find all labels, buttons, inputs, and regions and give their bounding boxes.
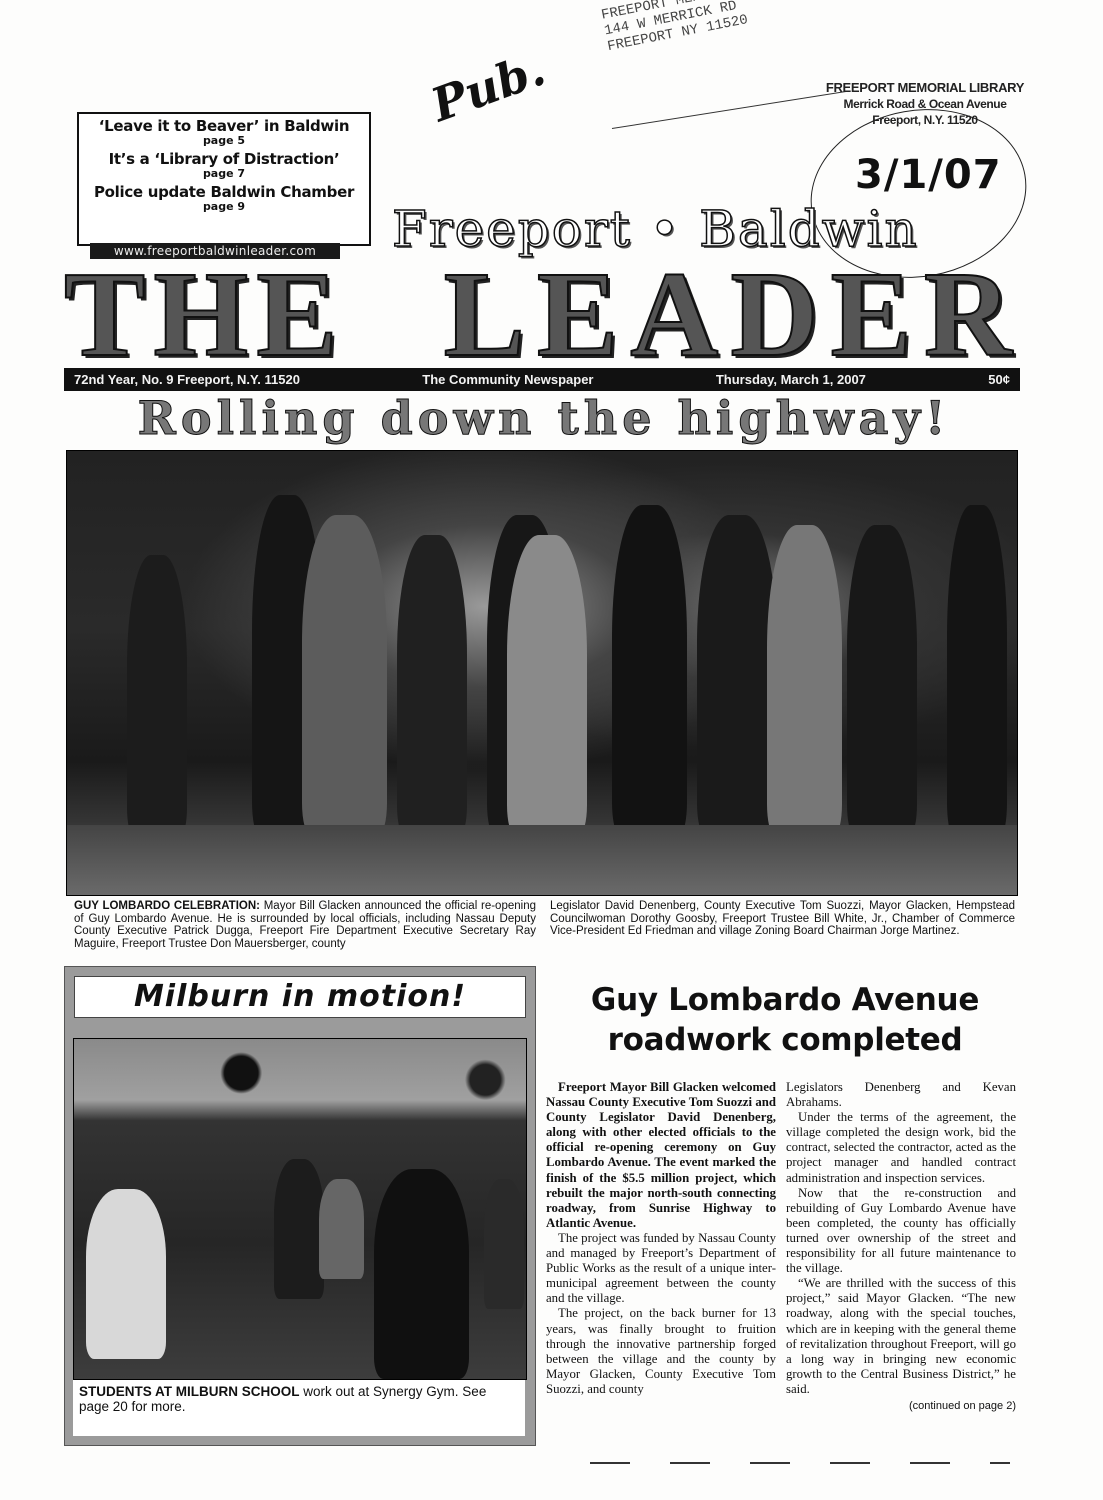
paragraph: The project, on the back burner for 13 y… <box>546 1306 776 1397</box>
article-headline: Guy Lombardo Avenue roadwork completed <box>540 980 1030 1060</box>
tagline: The Community Newspaper <box>422 368 593 391</box>
article-headline-line-2: roadwork completed <box>540 1020 1030 1060</box>
ribbon-cutting-photo <box>66 450 1018 896</box>
caption-label: STUDENTS AT MILBURN SCHOOL <box>79 1384 300 1399</box>
article-headline-line-1: Guy Lombardo Avenue <box>540 980 1030 1020</box>
paragraph: Now that the re-construction and rebuild… <box>786 1186 1016 1277</box>
teaser-page: page 9 <box>79 201 369 213</box>
price: 50¢ <box>988 368 1010 391</box>
lead-photo-caption-left: GUY LOMBARDO CELEBRATION: Mayor Bill Gla… <box>74 900 536 950</box>
milburn-headline: Milburn in motion! <box>74 976 526 1018</box>
paragraph: The project was funded by Nassau County … <box>546 1231 776 1306</box>
teaser-item[interactable]: ‘Leave it to Beaver’ in Baldwin page 5 <box>79 118 369 147</box>
stamp-underline <box>612 90 849 129</box>
library-name: FREEPORT MEMORIAL LIBRARY <box>820 80 1030 96</box>
article-column-1: Freeport Mayor Bill Glacken welcomed Nas… <box>546 1080 776 1397</box>
caption-label: GUY LOMBARDO CELEBRATION: <box>74 900 260 912</box>
teaser-page: page 5 <box>79 135 369 147</box>
page-edge-marks <box>590 1462 1010 1464</box>
issue-info-bar: 72nd Year, No. 9 Freeport, N.Y. 11520 Th… <box>64 368 1020 391</box>
teaser-headline: It’s a ‘Library of Distraction’ <box>79 151 369 168</box>
handwritten-note: Pub. <box>424 42 552 132</box>
gym-photo <box>73 1038 527 1380</box>
teaser-headline: Police update Baldwin Chamber <box>79 184 369 201</box>
continued-link[interactable]: (continued on page 2) <box>786 1399 1016 1414</box>
mailing-stamp: FREEPORT MEMORIAL LIBRARY 144 W MERRICK … <box>600 0 815 55</box>
lead-photo-caption-right: Legislator David Denenberg, County Execu… <box>550 900 1015 938</box>
masthead-title-leader: LEADER <box>444 262 1024 367</box>
masthead-title-the: THE <box>64 262 346 367</box>
teaser-box: ‘Leave it to Beaver’ in Baldwin page 5 I… <box>77 112 371 246</box>
paragraph: “We are thrilled with the success of thi… <box>786 1276 1016 1397</box>
milburn-caption: STUDENTS AT MILBURN SCHOOL work out at S… <box>73 1380 525 1436</box>
article-column-2: Legislators Denenberg and Kevan Abrahams… <box>786 1080 1016 1414</box>
issue-number: 72nd Year, No. 9 Freeport, N.Y. 11520 <box>74 368 300 391</box>
teaser-item[interactable]: Police update Baldwin Chamber page 9 <box>79 184 369 213</box>
masthead-title: THE LEADER <box>64 262 1024 367</box>
handwritten-date: 3/1/07 <box>855 152 1002 198</box>
paragraph: Freeport Mayor Bill Glacken welcomed Nas… <box>546 1080 776 1231</box>
paragraph: Legislators Denenberg and Kevan Abrahams… <box>786 1080 1016 1110</box>
paragraph: Under the terms of the agreement, the vi… <box>786 1110 1016 1185</box>
teaser-page: page 7 <box>79 168 369 180</box>
issue-date: Thursday, March 1, 2007 <box>716 368 866 391</box>
teaser-headline: ‘Leave it to Beaver’ in Baldwin <box>79 118 369 135</box>
lead-headline: Rolling down the highway! <box>64 392 1024 444</box>
teaser-item[interactable]: It’s a ‘Library of Distraction’ page 7 <box>79 151 369 180</box>
